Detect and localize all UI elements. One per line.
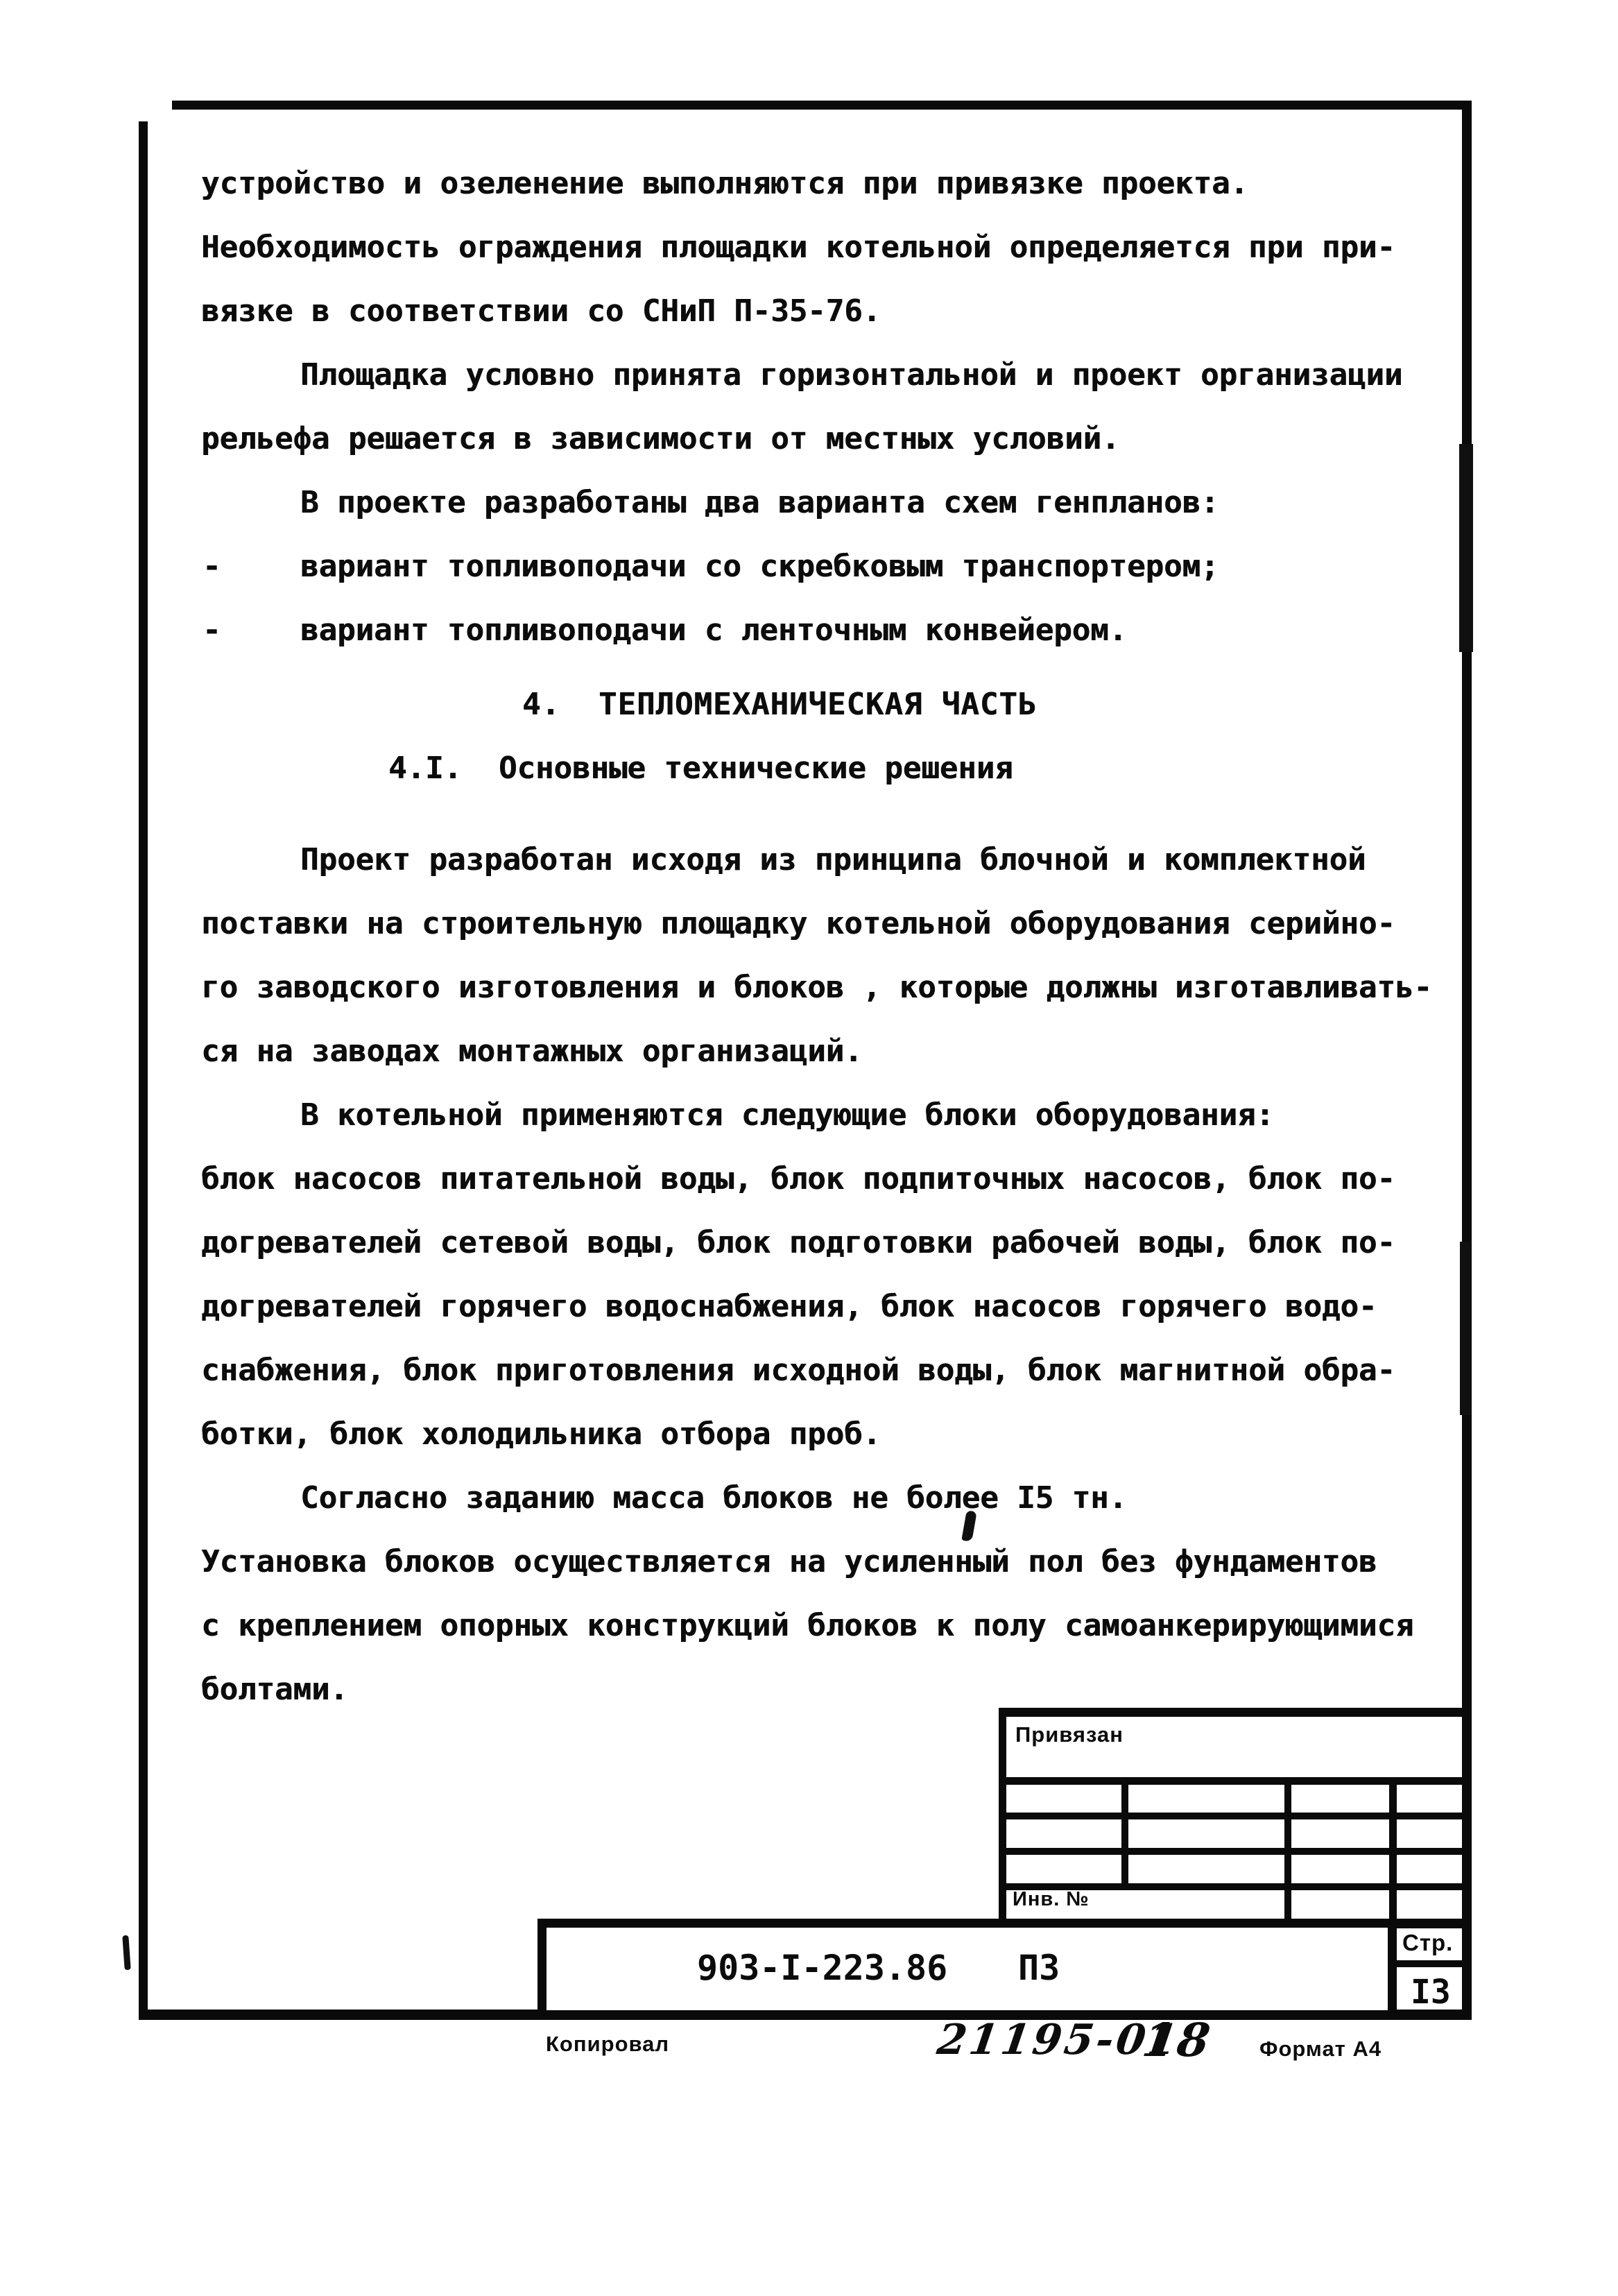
text-line: устройство и озеленение выполняются при … [201,152,1449,216]
text-line: с креплением опорных конструкций блоков … [201,1594,1449,1658]
text-line: блок насосов питательной воды, блок подп… [201,1147,1449,1211]
footer-copied-label: Копировал [546,2032,669,2057]
doc-code: ПЗ [1018,1948,1060,1988]
scan-artifact [1459,444,1473,652]
text-line: В котельной применяются следующие блоки … [201,1083,1449,1147]
stamp-line [999,1708,1006,1926]
doc-number: 903-I-223.86 [697,1948,947,1988]
stamp-line [999,1813,1472,1819]
text-line: рельефа решается в зависимости от местны… [201,407,1449,471]
footer-sheet-number: 18 [1139,2013,1216,2067]
stamp-line [1284,1777,1291,1926]
text-line: Установка блоков осуществляется на усиле… [201,1530,1449,1594]
stamp-line [999,1708,1472,1717]
text-line: вязке в соответствии со СНиП П-35-76. [201,280,1449,343]
bullet-dash: - [203,599,221,662]
text-line: Площадка условно принята горизонтальной … [201,343,1449,407]
text-line: снабжения, блок приготовления исходной в… [201,1339,1449,1403]
stamp-inventory-label: Инв. № [1013,1888,1090,1911]
text-line: догревателей горячего водоснабжения, бло… [201,1275,1449,1339]
text-line: ся на заводах монтажных организаций. [201,1020,1449,1083]
text-line: -вариант топливоподачи со скребковым тра… [201,535,1449,599]
stamp-line [1389,1960,1472,1967]
page-border-top [172,101,1471,110]
stamp-page-number: I3 [1411,1973,1451,2012]
stamp-line [999,1777,1472,1785]
text-line: ботки, блок холодильника отбора проб. [201,1403,1449,1466]
stamp-line [999,1848,1472,1855]
page-border-left [139,121,148,2019]
stamp-line [1121,1777,1128,1890]
stamp-header-label: Привязан [1015,1722,1124,1747]
section-heading: 4. ТЕПЛОМЕХАНИЧЕСКАЯ ЧАСТЬ [201,673,1449,737]
scan-artifact [122,1935,130,1971]
section-subheading: 4.I. Основные технические решения [201,737,1449,800]
text-line: го заводского изготовления и блоков , ко… [201,956,1449,1020]
scanned-document-page: устройство и озеленение выполняются при … [0,0,1618,2296]
text-line: В проекте разработаны два варианта схем … [201,471,1449,535]
text-column: устройство и озеленение выполняются при … [201,152,1449,1722]
text-line: -вариант топливоподачи с ленточным конве… [201,599,1449,662]
text-line: Необходимость ограждения площадки котель… [201,216,1449,280]
text-line: поставки на строительную площадку котель… [201,892,1449,956]
bullet-dash: - [203,535,221,599]
text-line: догревателей сетевой воды, блок подготов… [201,1211,1449,1275]
stamp-page-label: Стр. [1402,1930,1453,1956]
scan-artifact [1460,1242,1471,1415]
doc-number-block [537,1919,1397,2019]
footer-format-label: Формат А4 [1259,2037,1382,2062]
page-border-right [1462,101,1472,2019]
text-line: Проект разработан исходя из принципа бло… [201,828,1449,892]
text-line: Согласно заданию масса блоков не более I… [201,1466,1449,1530]
